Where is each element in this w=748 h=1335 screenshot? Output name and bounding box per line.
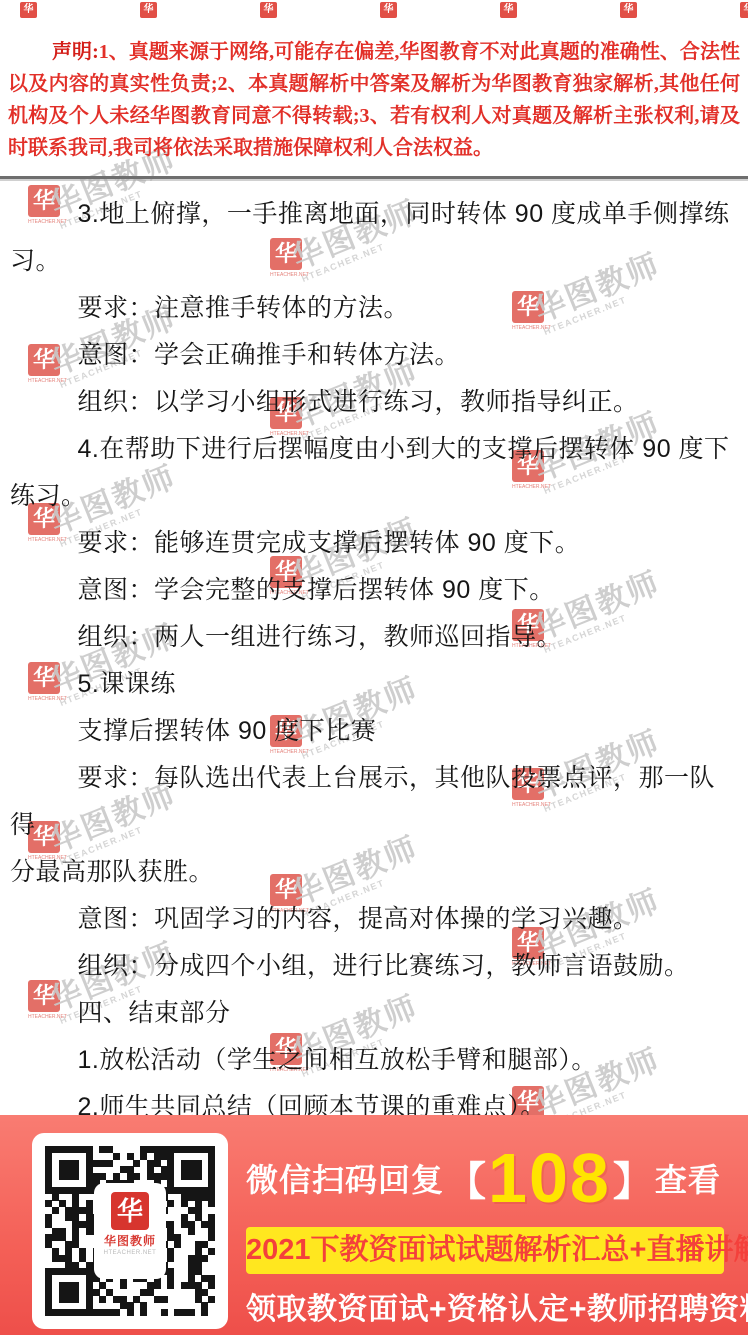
qr-module <box>161 1309 168 1316</box>
qr-badge-name: 华图教师 <box>96 1232 164 1249</box>
qr-module <box>208 1296 215 1303</box>
qr-module <box>133 1173 140 1180</box>
banner-text-block: 微信扫码回复 【 108 】 查看 2021下教资面试试题解析汇总+直播讲解 领… <box>246 1115 740 1328</box>
body-line: 4.在帮助下进行后摆幅度由小到大的支撑后摆转体 90 度下 <box>10 426 740 473</box>
qr-module <box>167 1255 174 1262</box>
promo-banner: 华 华图教师 HTEACHER.NET 微信扫码回复 【 108 】 查看 20… <box>0 1115 748 1335</box>
qr-module <box>208 1282 215 1289</box>
body-line: 要求：能够连贯完成支撑后摆转体 90 度下。 <box>10 520 740 567</box>
body-line: 3.地上俯撑，一手推离地面，同时转体 90 度成单手侧撑练习。 <box>10 191 740 285</box>
wechat-prefix: 微信扫码回复 <box>246 1155 444 1201</box>
qr-module <box>72 1173 79 1180</box>
qr-module <box>174 1241 181 1248</box>
qr-module <box>188 1228 195 1235</box>
qr-module <box>167 1200 174 1207</box>
body-line: 5.课课练 <box>10 661 740 708</box>
body-line: 组织：分成四个小组，进行比赛练习，教师言语鼓励。 <box>10 943 740 990</box>
qr-code: 华 华图教师 HTEACHER.NET <box>32 1133 228 1329</box>
qr-module <box>133 1160 140 1167</box>
qr-badge-domain: HTEACHER.NET <box>96 1250 164 1256</box>
disclaimer: 声明:1、真题来源于网络,可能存在偏差,华图教育不对此真题的准确性、合法性以及内… <box>0 0 748 172</box>
body-line: 要求：注意推手转体的方法。 <box>10 285 740 332</box>
materials-line: 领取教资面试+资格认定+教师招聘资料 <box>246 1284 740 1328</box>
qr-module <box>72 1296 79 1303</box>
body-line: 1.放松活动（学生之间相互放松手臂和腿部）。 <box>10 1037 740 1084</box>
disclaimer-body: 1、真题来源于网络,可能存在偏差,华图教育不对此真题的准确性、合法性以及内容的真… <box>8 41 740 159</box>
body-line: 组织：以学习小组形式进行练习，教师指导纠正。 <box>10 379 740 426</box>
wechat-instruction: 微信扫码回复 【 108 】 查看 <box>246 1143 740 1213</box>
body-line: 要求：每队选出代表上台展示，其他队投票点评，那一队得 <box>10 755 740 849</box>
bracket-close: 】 <box>613 1150 653 1207</box>
qr-module <box>113 1309 120 1316</box>
qr-module <box>161 1296 168 1303</box>
reply-code: 108 <box>488 1143 611 1213</box>
qr-module <box>99 1296 106 1303</box>
wechat-suffix: 查看 <box>655 1155 721 1201</box>
qr-module <box>154 1282 161 1289</box>
qr-module <box>106 1160 113 1167</box>
qr-module <box>208 1248 215 1255</box>
qr-module <box>140 1309 147 1316</box>
qr-center-badge: 华 华图教师 HTEACHER.NET <box>96 1185 164 1277</box>
body-line: 支撑后摆转体 90 度下比赛 <box>10 708 740 755</box>
body-line: 意图：学会正确推手和转体方法。 <box>10 332 740 379</box>
body-line: 四、结束部分 <box>10 990 740 1037</box>
body-line: 意图：巩固学习的内容，提高对体操的学习兴趣。 <box>10 896 740 943</box>
qr-module <box>208 1200 215 1207</box>
huatu-logo-icon: 华 <box>111 1192 149 1230</box>
body-line: 练习。 <box>10 473 740 520</box>
qr-module <box>127 1309 134 1316</box>
highlight-banner: 2021下教资面试试题解析汇总+直播讲解 <box>246 1227 724 1274</box>
qr-module <box>188 1309 195 1316</box>
qr-module <box>201 1309 208 1316</box>
document-page: 华HTEACHER.NET华图教师HTEACHER.NET华HTEACHER.N… <box>0 0 748 1335</box>
qr-module <box>113 1153 120 1160</box>
qr-module <box>201 1255 208 1262</box>
bracket-open: 【 <box>446 1150 486 1207</box>
qr-module <box>167 1282 174 1289</box>
body-line: 组织：两人一组进行练习，教师巡回指导。 <box>10 614 740 661</box>
qr-module <box>52 1207 59 1214</box>
body-line: 分最高那队获胜。 <box>10 849 740 896</box>
qr-module <box>120 1282 127 1289</box>
disclaimer-label: 声明: <box>52 41 99 63</box>
body-line: 意图：学会完整的支撑后摆转体 90 度下。 <box>10 567 740 614</box>
lesson-content: 3.地上俯撑，一手推离地面，同时转体 90 度成单手侧撑练习。 要求：注意推手转… <box>0 179 748 1178</box>
disclaimer-text: 声明:1、真题来源于网络,可能存在偏差,华图教育不对此真题的准确性、合法性以及内… <box>8 36 740 164</box>
qr-module <box>195 1173 202 1180</box>
qr-module <box>208 1234 215 1241</box>
